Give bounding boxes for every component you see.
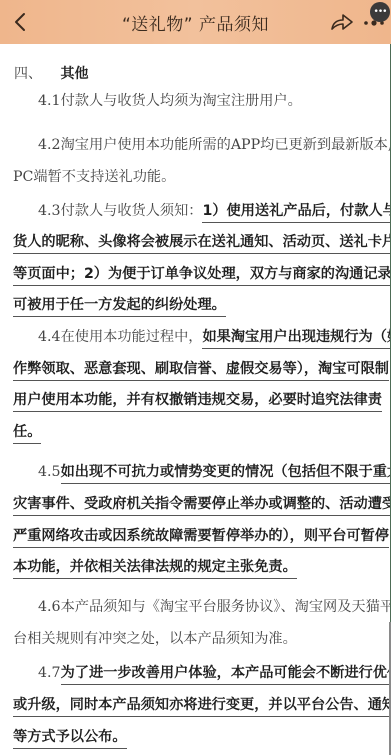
underlined-text: 如出现不可抗力或情势变更的情况（包括但不限于重大	[61, 464, 391, 484]
document-body: 四、 其他 4.1付款人与收货人均须为淘宝注册用户。 4.2淘宝用户使用本功能所…	[0, 44, 389, 755]
clause-4-5-line-4: 本功能，并依相关法律法规的规定主张免责。	[13, 557, 297, 577]
clause-4-5-line-1: 4.5如出现不可抗力或情势变更的情况（包括但不限于重大	[38, 462, 391, 482]
share-arrow-icon	[329, 10, 355, 34]
clause-4-4-line-2: 作弊领取、恶意套现、刷取信誉、虚假交易等），淘宝可限制	[13, 359, 389, 379]
underlined-text: 本功能，并依相关法律法规的规定主张免责。	[13, 559, 297, 579]
top-nav-bar: “送礼物” 产品须知 •••	[0, 0, 391, 44]
section-title: 其他	[60, 66, 88, 82]
clause-4-7-line-2: 或升级，同时本产品须知亦将进行变更，并以平台公告、通知	[13, 695, 391, 715]
underlined-text: 为了进一步改善用户体验，本产品可能会不断进行优化	[61, 665, 391, 685]
section-number: 四、	[14, 66, 42, 82]
clause-4-6-line-2: 台相关规则有冲突之处，以本产品须知为准。	[13, 629, 297, 649]
clause-4-5-line-2: 灾害事件、受政府机关指令需要停止举办或调整的、活动遭受	[13, 494, 391, 514]
underlined-text: 或升级，同时本产品须知亦将进行变更，并以平台公告、通知	[13, 697, 391, 717]
clause-4-6-line-1: 4.6本产品须知与《淘宝平台服务协议》、淘宝网及天猫平	[38, 597, 391, 617]
clause-4-4-line-3: 用户使用本功能，并有权撤销违规交易，必要时追究法律责	[13, 390, 382, 410]
underlined-text: 作弊领取、恶意套现、刷取信誉、虚假交易等），淘宝可限制	[13, 361, 389, 381]
underlined-text: 1）使用送礼产品后，付款人与收	[202, 203, 391, 223]
clause-4-5-line-3: 严重网络攻击或因系统故障需要暂停举办的），则平台可暂停	[13, 526, 389, 546]
floating-more-button[interactable]: •••	[370, 2, 390, 22]
clause-4-7-line-3: 等方式予以公布。	[13, 727, 127, 747]
underlined-text: 等方式予以公布。	[13, 729, 127, 749]
underlined-text: 如果淘宝用户出现违规行为（如	[202, 329, 391, 349]
chevron-left-icon	[13, 12, 27, 32]
clause-4-3-line-4: 可被用于任一方发起的纠纷处理。	[13, 295, 226, 315]
underlined-text: 严重网络攻击或因系统故障需要暂停举办的），则平台可暂停	[13, 528, 389, 548]
clause-4-3-line-3: 等页面中；2）为便于订单争议处理，双方与商家的沟通记录均	[13, 264, 391, 284]
product-notice-page: “送礼物” 产品须知 ••• 四、 其他 4.1付款人与收货人均须为淘宝注册用户…	[0, 0, 391, 755]
share-button[interactable]	[329, 10, 355, 34]
underlined-text: 灾害事件、受政府机关指令需要停止举办或调整的、活动遭受	[13, 496, 391, 516]
clause-4-3-line-1: 4.3付款人与收货人须知：1）使用送礼产品后，付款人与收	[38, 201, 391, 221]
clause-4-2-line-2: PC端暂不支持送礼功能。	[13, 167, 175, 187]
underlined-text: 任。	[13, 424, 41, 444]
clause-4-2-line-1: 4.2淘宝用户使用本功能所需的APP均已更新到最新版本,	[38, 135, 391, 155]
clause-4-3-line-2: 货人的昵称、头像将会被展示在送礼通知、活动页、送礼卡片	[13, 232, 391, 252]
underlined-text: 用户使用本功能，并有权撤销违规交易，必要时追究法律责	[13, 392, 382, 412]
underlined-text: 等页面中；2）为便于订单争议处理，双方与商家的沟通记录均	[13, 266, 391, 286]
clause-4-1-line: 4.1付款人与收货人均须为淘宝注册用户。	[38, 91, 302, 111]
section-heading: 四、 其他	[14, 63, 88, 83]
page-title: “送礼物” 产品须知	[122, 10, 269, 35]
underlined-text: 货人的昵称、头像将会被展示在送礼通知、活动页、送礼卡片	[13, 234, 391, 254]
clause-4-4-line-4: 任。	[13, 422, 41, 442]
back-button[interactable]	[6, 8, 34, 36]
clause-4-7-line-1: 4.7为了进一步改善用户体验，本产品可能会不断进行优化	[38, 663, 391, 683]
clause-4-4-line-1: 4.4在使用本功能过程中，如果淘宝用户出现违规行为（如	[38, 327, 391, 347]
underlined-text: 可被用于任一方发起的纠纷处理。	[13, 297, 226, 317]
